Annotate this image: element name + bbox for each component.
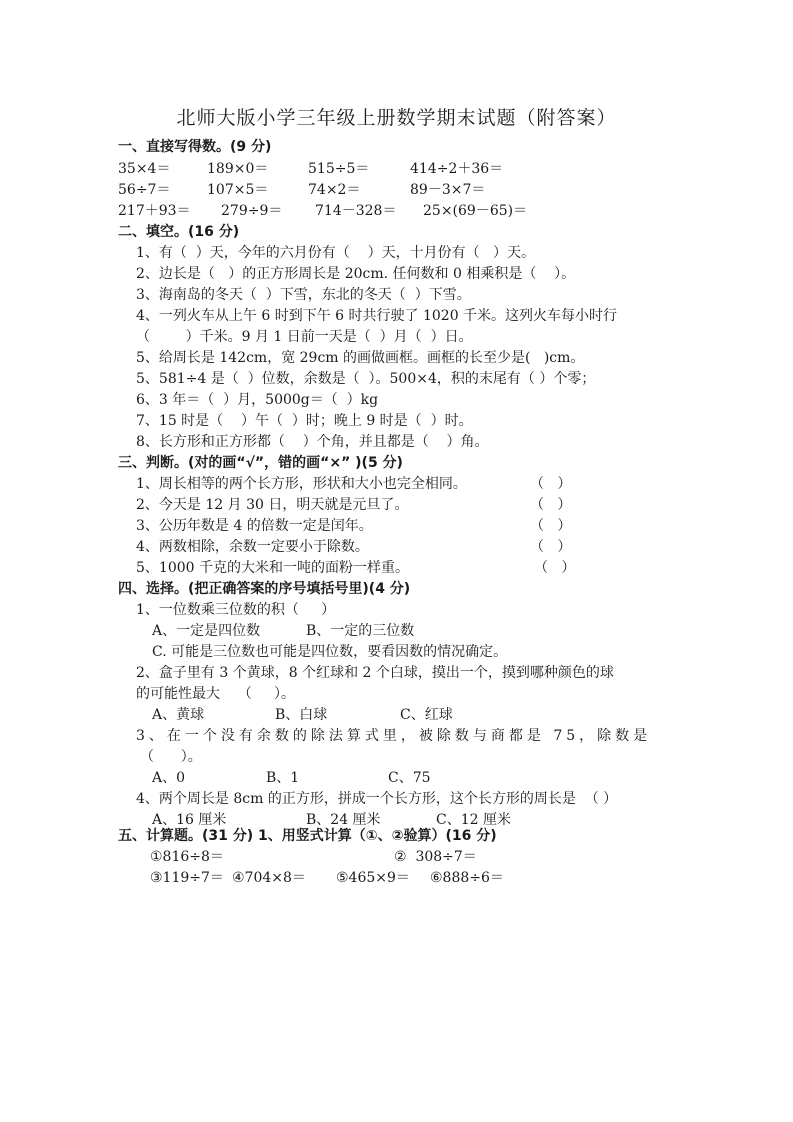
- fill-blank-item: 5、581÷4 是（ ）位数，余数是（ ）。500×4，积的末尾有（ ）个零；: [136, 369, 595, 389]
- fill-blank-item: 3、海南岛的冬天（ ）下雪，东北的冬天（ ）下雪。: [136, 285, 471, 305]
- answer-blank: （ ）: [530, 495, 571, 515]
- choice-option: A、0: [152, 768, 185, 788]
- choice-option: C. 可能是三位数也可能是四位数，要看因数的情况确定。: [152, 642, 507, 662]
- choice-question: 3、在一个没有余数的除法算式里，被除数与商都是 75，除数是: [136, 726, 651, 746]
- section-3-heading: 三、判断。(对的画“√”，错的画“×” )(5 分): [118, 453, 403, 473]
- judge-item: 5、1000 千克的大米和一吨的面粉一样重。: [136, 558, 409, 578]
- fill-blank-item: 8、长方形和正方形都（ ）个角，并且都是（ ）角。: [136, 432, 489, 452]
- calc-problem: ④704×8＝: [232, 868, 306, 888]
- fill-blank-item: 6、3 年＝（ ）月，5000g＝（ ）kg: [136, 390, 378, 410]
- section-4-heading: 四、选择。(把正确答案的序号填括号里)(4 分): [118, 579, 410, 599]
- section-2-heading: 二、填空。(16 分): [118, 222, 239, 242]
- fill-blank-item: 5、给周长是 142cm，宽 29cm 的画做画框。画框的长至少是( )cm。: [136, 348, 584, 368]
- judge-item: 3、公历年数是 4 的倍数一定是闰年。: [136, 516, 373, 536]
- choice-question: 1、一位数乘三位数的积（ ）: [136, 600, 335, 620]
- calc-item: 56÷7＝: [118, 180, 170, 200]
- calc-item: 74×2＝: [308, 180, 360, 200]
- calc-item: 189×0＝: [207, 159, 268, 179]
- fill-blank-item: （ ）千米。9 月 1 日前一天是（ ）月（ ）日。: [136, 327, 473, 347]
- section-5-heading: 五、计算题。(31 分) 1、用竖式计算（①、②验算）(16 分): [118, 826, 497, 846]
- answer-blank: （ ）: [530, 474, 571, 494]
- calc-item: 35×4＝: [118, 159, 170, 179]
- calc-item: 714－328＝: [315, 201, 396, 221]
- judge-item: 1、周长相等的两个长方形，形状和大小也完全相同。: [136, 474, 467, 494]
- judge-item: 4、两数相除，余数一定要小于除数。: [136, 537, 369, 557]
- calc-item: 279÷9＝: [221, 201, 282, 221]
- answer-blank: （ ）: [530, 516, 571, 536]
- calc-problem: ⑥888÷6＝: [430, 868, 504, 888]
- calc-item: 217＋93＝: [118, 201, 191, 221]
- calc-item: 515÷5＝: [308, 159, 369, 179]
- fill-blank-item: 7、15 时是（ ）午（ ）时；晚上 9 时是（ ）时。: [136, 411, 473, 431]
- calc-problem: ③119÷7＝: [150, 868, 224, 888]
- choice-option: B、一定的三位数: [306, 621, 414, 641]
- fill-blank-item: 2、边长是（ ）的正方形周长是 20cm. 任何数和 0 相乘积是（ ）。: [136, 264, 575, 284]
- calc-problem: ①816÷8＝: [150, 847, 224, 867]
- calc-item: 107×5＝: [207, 180, 268, 200]
- calc-item: 25×(69－65)＝: [423, 201, 527, 221]
- choice-option: A、黄球: [152, 705, 204, 725]
- exam-page: 北师大版小学三年级上册数学期末试题（附答案） 一、直接写得数。(9 分) 35×…: [0, 0, 793, 1122]
- answer-blank: （ ）: [530, 537, 571, 557]
- choice-question: （ ）。: [140, 747, 202, 767]
- fill-blank-item: 4、一列火车从上午 6 时到下午 6 时共行驶了 1020 千米。这列火车每小时…: [136, 306, 617, 326]
- calc-problem: ② 308÷7＝: [394, 847, 477, 867]
- choice-option: B、白球: [275, 705, 327, 725]
- fill-blank-item: 1、有（ ）天，今年的六月份有（ ）天，十月份有（ ）天。: [136, 243, 535, 263]
- choice-question: 2、盒子里有 3 个黄球，8 个红球和 2 个白球，摸出一个，摸到哪种颜色的球: [136, 663, 614, 683]
- answer-blank: （ ）: [534, 558, 575, 578]
- choice-option: A、一定是四位数: [152, 621, 260, 641]
- choice-option: B、1: [266, 768, 299, 788]
- calc-item: 414÷2＋36＝: [410, 159, 503, 179]
- page-title: 北师大版小学三年级上册数学期末试题（附答案）: [0, 103, 793, 130]
- choice-question: 的可能性最大 （ ）。: [136, 684, 295, 704]
- choice-question: 4、两个周长是 8cm 的正方形，拼成一个长方形，这个长方形的周长是 （ ）: [136, 789, 617, 809]
- calc-item: 89－3×7＝: [410, 180, 485, 200]
- judge-item: 2、今天是 12 月 30 日，明天就是元旦了。: [136, 495, 408, 515]
- choice-option: C、75: [388, 768, 431, 788]
- calc-problem: ⑤465×9＝: [336, 868, 410, 888]
- section-1-heading: 一、直接写得数。(9 分): [118, 137, 271, 157]
- choice-option: C、红球: [400, 705, 453, 725]
